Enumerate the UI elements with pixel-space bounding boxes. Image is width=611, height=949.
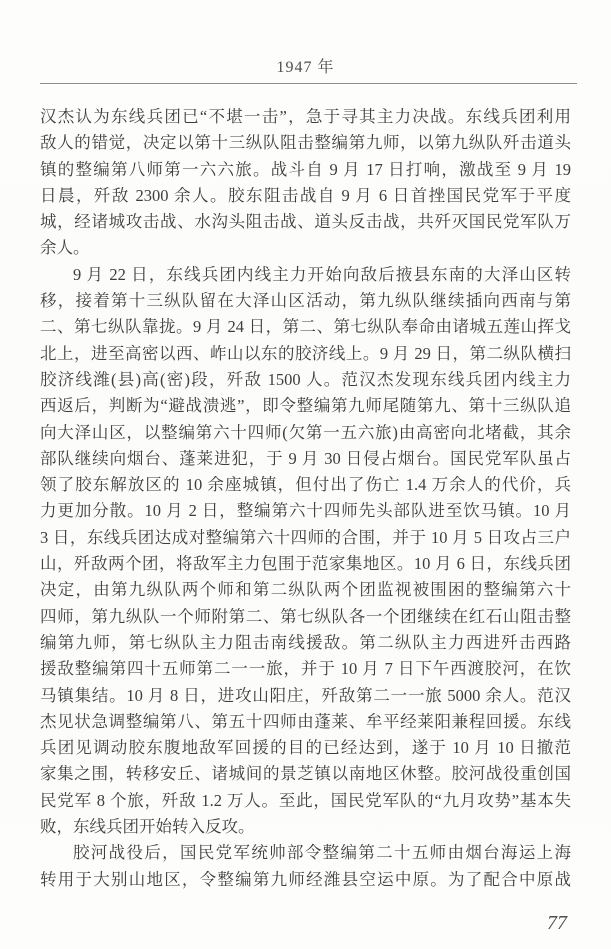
text-line: 兵团见调动胶东腹地敌军回援的目的已经达到，遂于 10 月 10 日撤范: [40, 735, 571, 761]
running-head-year: 1947 年: [0, 54, 611, 77]
text-line: 败，东线兵团开始转入反攻。: [40, 814, 571, 840]
text-line: 汉杰认为东线兵团已“不堪一击”，急于寻其主力决战。东线兵团利用: [40, 104, 571, 130]
text-line: 日晨，歼敌 2300 余人。胶东阻击战自 9 月 6 日首挫国民党军于平度: [40, 183, 571, 209]
text-line: 力更加分散。10 月 2 日，整编第六十四师先头部队进至饮马镇。10 月: [40, 498, 571, 524]
text-line: 向大泽山区，以整编第六十四师(欠第一五六旅)由高密向北堵截，其余: [40, 420, 571, 446]
text-line: 四师，第九纵队一个师附第二、第七纵队各一个团继续在红石山阻击整: [40, 604, 571, 630]
text-line: 9 月 22 日，东线兵团内线主力开始向敌后掖县东南的大泽山区转: [40, 262, 571, 288]
text-line: 西返后，判断为“避战溃逃”，即令整编第九师尾随第九、第十三纵队追: [40, 393, 571, 419]
text-line: 部队继续向烟台、蓬莱进犯，于 9 月 30 日侵占烟台。国民党军队虽占: [40, 446, 571, 472]
text-line: 胶河战役后，国民党军统帅部令整编第二十五师由烟台海运上海: [40, 840, 571, 866]
text-line: 北上，进至高密以西、岞山以东的胶济线上。9 月 29 日，第二纵队横扫: [40, 341, 571, 367]
text-line: 决定，由第九纵队两个师和第二纵队两个团监视被围困的整编第六十: [40, 577, 571, 603]
text-line: 领了胶东解放区的 10 余座城镇，但付出了伤亡 1.4 万余人的代价，兵: [40, 472, 571, 498]
text-line: 马镇集结。10 月 8 日，进攻山阳庄，歼敌第二一一旅 5000 余人。范汉: [40, 683, 571, 709]
text-line: 援敌整编第四十五师第二一一旅，并于 10 月 7 日下午西渡胶河，在饮: [40, 656, 571, 682]
text-line: 城，经诸城攻击战、水沟头阻击战、道头反击战，共歼灭国民党军队万: [40, 209, 571, 235]
text-line: 家集之围，转移安丘、诸城间的景芝镇以南地区休整。胶河战役重创国: [40, 761, 571, 787]
text-line: 余人。: [40, 235, 571, 261]
text-line: 3 日，东线兵团达成对整编第六十四师的合围，并于 10 月 5 日攻占三户: [40, 525, 571, 551]
text-line: 编第九师，第七纵队主力阻击南线援敌。第二纵队主力西进歼击西路: [40, 630, 571, 656]
header-rule: [40, 83, 577, 84]
book-page: 1947 年 汉杰认为东线兵团已“不堪一击”，急于寻其主力决战。东线兵团利用敌人…: [0, 0, 611, 949]
body-text: 汉杰认为东线兵团已“不堪一击”，急于寻其主力决战。东线兵团利用敌人的错觉，决定以…: [40, 104, 571, 893]
text-line: 转用于大别山地区，令整编第九师经潍县空运中原。为了配合中原战: [40, 867, 571, 893]
text-line: 敌人的错觉，决定以第十三纵队阻击整编第九师，以第九纵队歼击道头: [40, 130, 571, 156]
text-line: 镇的整编第八师第一六六旅。战斗自 9 月 17 日打响，激战至 9 月 19: [40, 157, 571, 183]
text-line: 移，接着第十三纵队留在大泽山区活动，第九纵队继续插向西南与第: [40, 288, 571, 314]
text-line: 胶济线潍(县)高(密)段，歼敌 1500 人。范汉杰发现东线兵团内线主力: [40, 367, 571, 393]
text-line: 山，歼敌两个团，将敌军主力包围于范家集地区。10 月 6 日，东线兵团: [40, 551, 571, 577]
text-line: 二、第七纵队靠拢。9 月 24 日，第二、第七纵队奉命由诸城五莲山挥戈: [40, 314, 571, 340]
text-line: 民党军 8 个旅，歼敌 1.2 万人。至此，国民党军队的“九月攻势”基本失: [40, 788, 571, 814]
text-line: 杰见状急调整编第八、第五十四师由蓬莱、牟平经莱阳兼程回援。东线: [40, 709, 571, 735]
page-number: 77: [547, 912, 567, 935]
